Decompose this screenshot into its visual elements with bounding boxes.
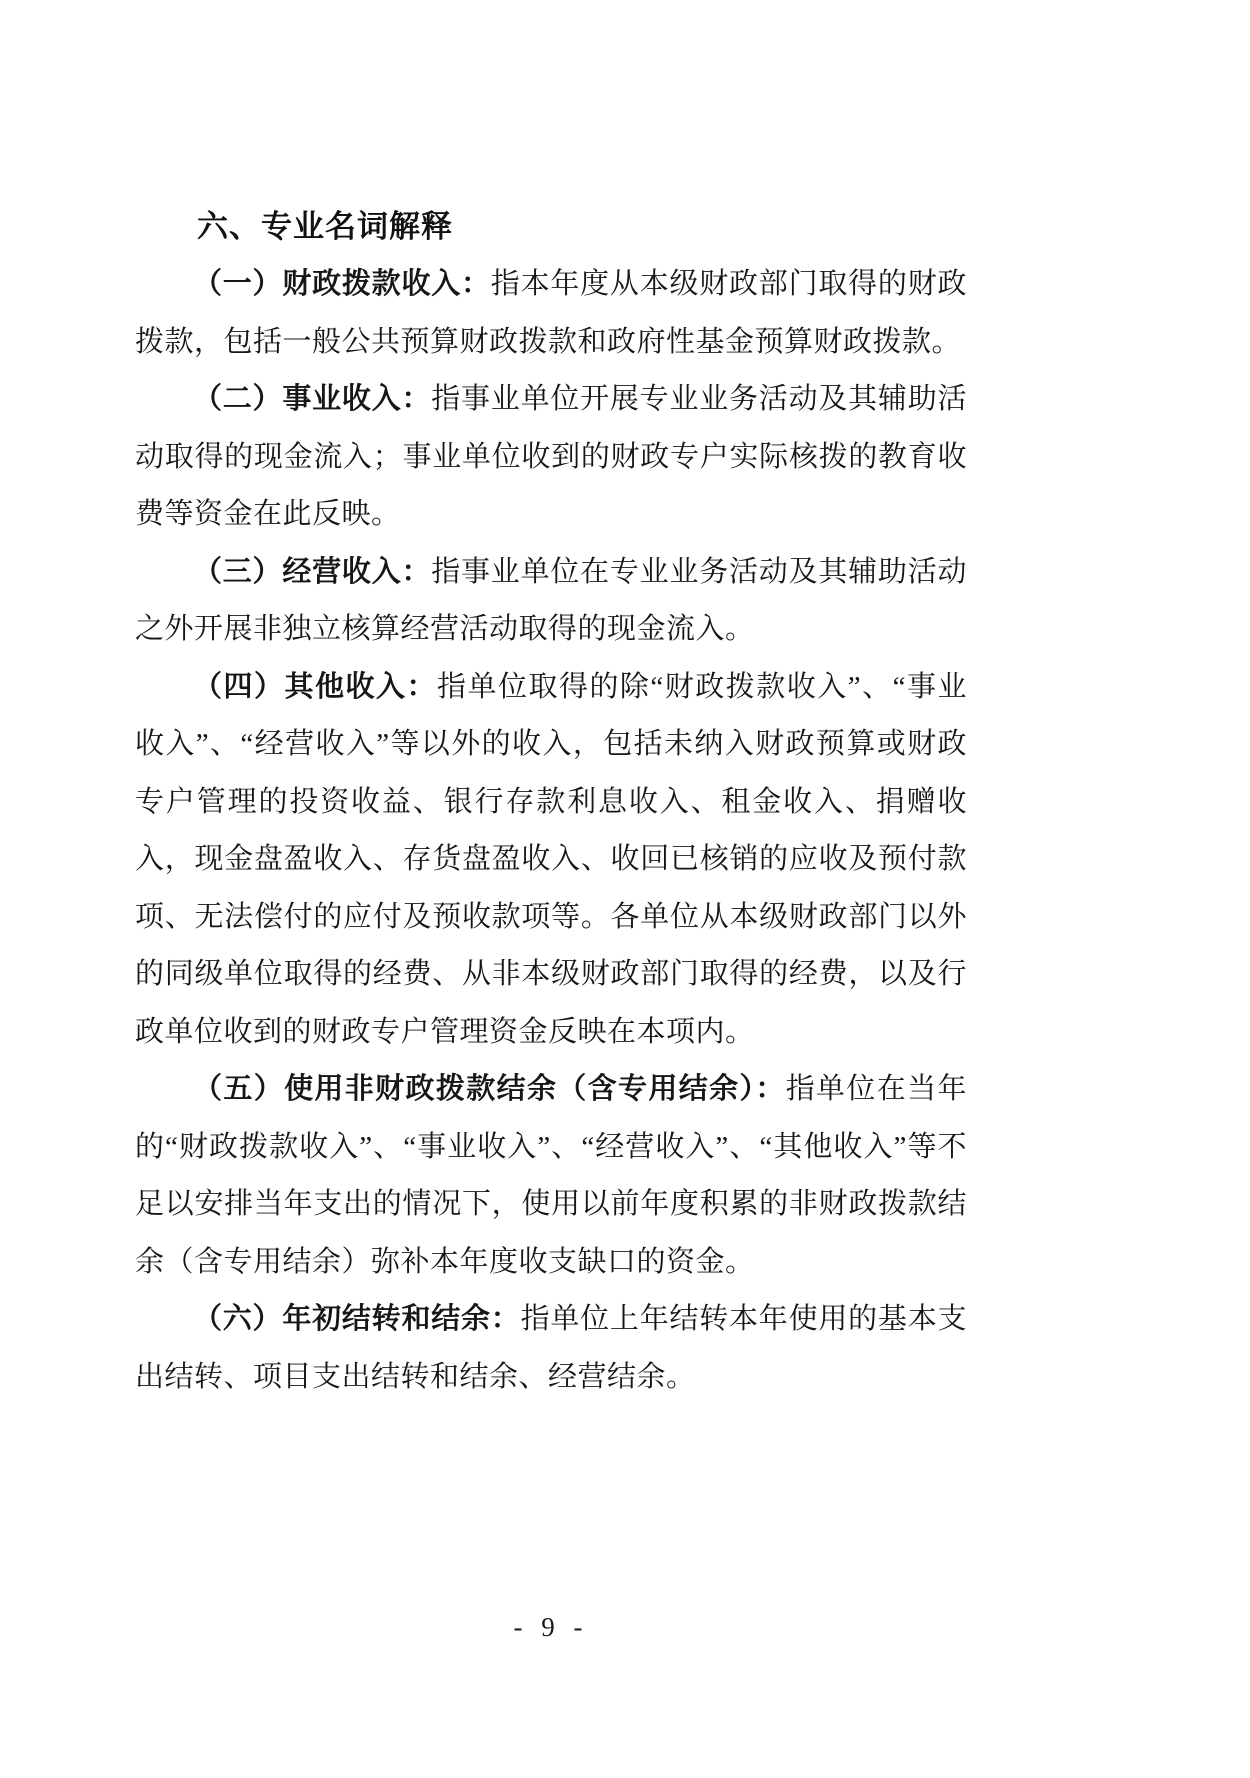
page-number: - 9 - — [135, 1612, 967, 1643]
section-heading: 六、专业名词解释 — [135, 198, 967, 256]
definition-paragraph: （一）财政拨款收入：指本年度从本级财政部门取得的财政拨款，包括一般公共预算财政拨… — [135, 256, 967, 371]
term-label: （五）使用非财政拨款结余（含专用结余）： — [193, 1073, 786, 1105]
definition-paragraph: （三）经营收入：指事业单位在专业业务活动及其辅助活动之外开展非独立核算经营活动取… — [135, 544, 967, 659]
term-label: （二）事业收入： — [193, 383, 431, 415]
definition-paragraph: （五）使用非财政拨款结余（含专用结余）：指单位在当年的“财政拨款收入”、“事业收… — [135, 1061, 967, 1291]
document-body: 六、专业名词解释 （一）财政拨款收入：指本年度从本级财政部门取得的财政拨款，包括… — [135, 198, 967, 1406]
term-definition: 指单位取得的除“财政拨款收入”、“事业收入”、“经营收入”等以外的收入，包括未纳… — [135, 671, 967, 1048]
definition-paragraph: （六）年初结转和结余：指单位上年结转本年使用的基本支出结转、项目支出结转和结余、… — [135, 1291, 967, 1406]
definition-paragraph: （四）其他收入：指单位取得的除“财政拨款收入”、“事业收入”、“经营收入”等以外… — [135, 659, 967, 1062]
term-label: （四）其他收入： — [193, 671, 437, 703]
term-label: （一）财政拨款收入： — [193, 268, 491, 300]
document-page: 六、专业名词解释 （一）财政拨款收入：指本年度从本级财政部门取得的财政拨款，包括… — [0, 0, 1250, 1778]
definition-paragraph: （二）事业收入：指事业单位开展专业业务活动及其辅助活动取得的现金流入；事业单位收… — [135, 371, 967, 544]
term-label: （三）经营收入： — [193, 556, 431, 588]
paragraph-list: （一）财政拨款收入：指本年度从本级财政部门取得的财政拨款，包括一般公共预算财政拨… — [135, 256, 967, 1406]
term-label: （六）年初结转和结余： — [193, 1303, 521, 1335]
